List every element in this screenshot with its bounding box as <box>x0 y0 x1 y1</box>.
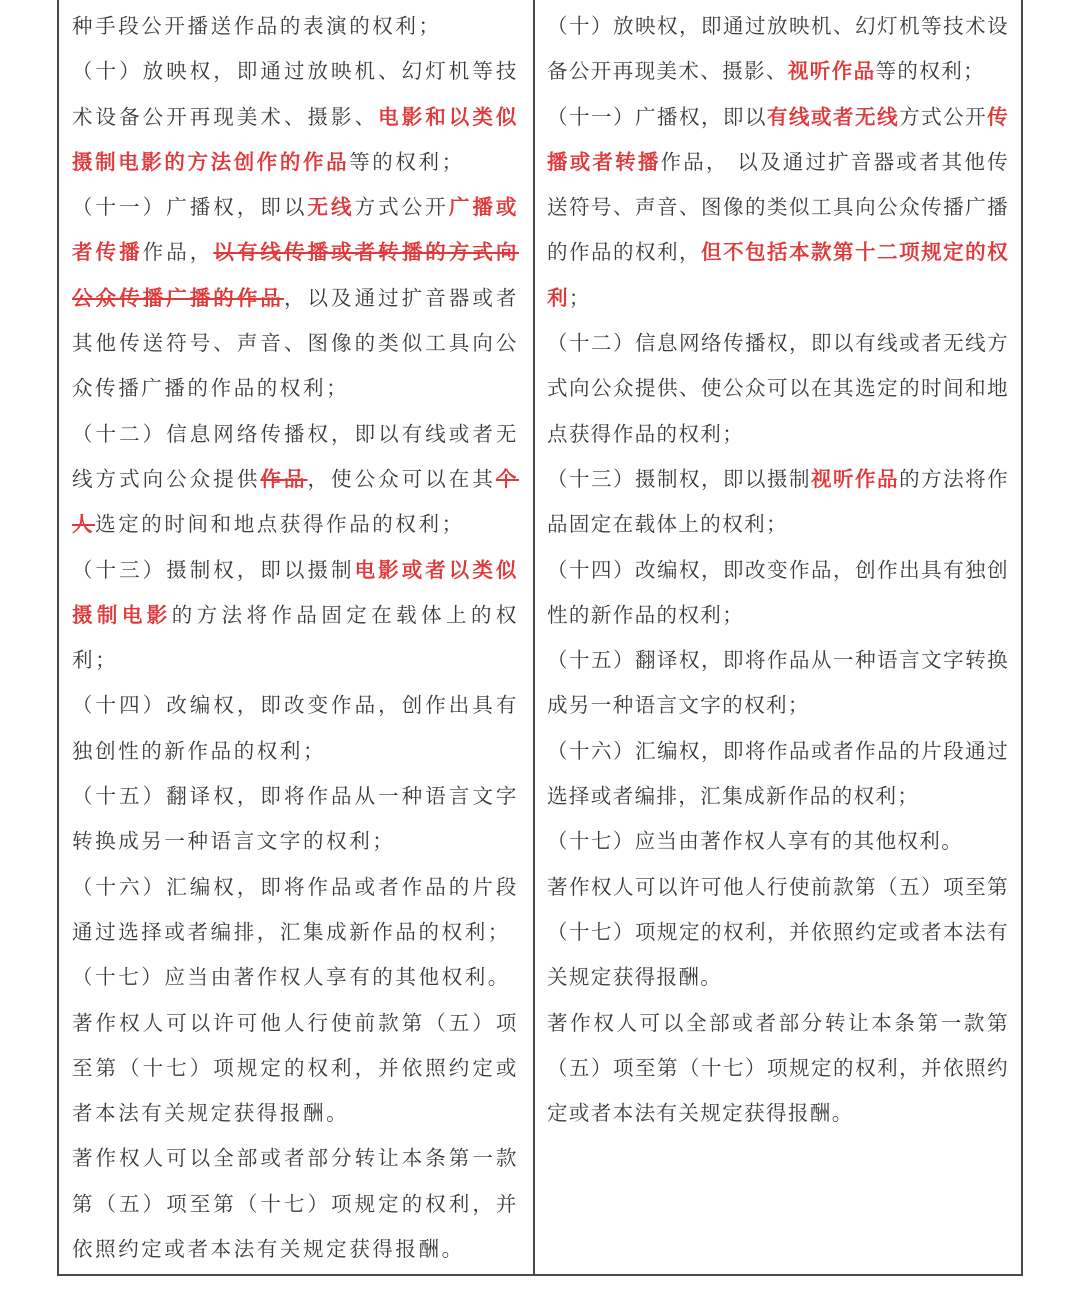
clause-text: （十一）广播权，即以 <box>547 105 767 129</box>
clause-text: 作品， <box>143 240 214 264</box>
comparison-table: 种手段公开播送作品的表演的权利；（十）放映权，即通过放映机、幻灯机等技术设备公开… <box>57 0 1023 1276</box>
clause-paragraph: （十六）汇编权，即将作品或者作品的片段通过选择或者编排，汇集成新作品的权利； <box>72 865 519 956</box>
new-version-column: （十）放映权，即通过放映机、幻灯机等技术设备公开再现美术、摄影、视听作品等的权利… <box>535 0 1021 1274</box>
clause-text: （十一）广播权，即以 <box>72 195 308 219</box>
clause-paragraph: （十）放映权，即通过放映机、幻灯机等技术设备公开再现美术、摄影、视听作品等的权利… <box>547 4 1009 95</box>
clause-paragraph: （十三）摄制权，即以摄制电影或者以类似摄制电影的方法将作品固定在载体上的权利； <box>72 548 519 684</box>
clause-paragraph: （十三）摄制权，即以摄制视听作品的方法将作品固定在载体上的权利； <box>547 457 1009 548</box>
highlighted-change-text: 视听作品 <box>811 467 899 491</box>
clause-text: （十五）翻译权，即将作品从一种语言文字转换成另一种语言文字的权利； <box>547 648 1009 717</box>
clause-text: 著作权人可以许可他人行使前款第（五）项至第（十七）项规定的权利，并依照约定或者本… <box>547 875 1009 990</box>
clause-paragraph: （十五）翻译权，即将作品从一种语言文字转换成另一种语言文字的权利； <box>72 774 519 865</box>
clause-paragraph: （十七）应当由著作权人享有的其他权利。 <box>547 819 1009 864</box>
highlighted-change-text: 有线或者无线 <box>767 105 899 129</box>
clause-paragraph: 著作权人可以全部或者部分转让本条第一款第（五）项至第（十七）项规定的权利，并依照… <box>72 1136 519 1272</box>
clause-paragraph: （十二）信息网络传播权，即以有线或者无线方式向公众提供、使公众可以在其选定的时间… <box>547 321 1009 457</box>
clause-text: ，使公众可以在其 <box>308 467 496 491</box>
clause-paragraph: （十四）改编权，即改变作品，创作出具有独创性的新作品的权利； <box>72 683 519 774</box>
clause-paragraph: （十一）广播权，即以无线方式公开广播或者传播作品，以有线传播或者转播的方式向公众… <box>72 185 519 411</box>
clause-text: 著作权人可以全部或者部分转让本条第一款第（五）项至第（十七）项规定的权利，并依照… <box>547 1011 1009 1126</box>
clause-paragraph: （十六）汇编权，即将作品或者作品的片段通过选择或者编排，汇集成新作品的权利； <box>547 729 1009 820</box>
clause-paragraph: 著作权人可以全部或者部分转让本条第一款第（五）项至第（十七）项规定的权利，并依照… <box>547 1001 1009 1137</box>
clause-text: 选定的时间和地点获得作品的权利； <box>95 512 465 536</box>
clause-paragraph: （十七）应当由著作权人享有的其他权利。 <box>72 955 519 1000</box>
clause-text: （十四）改编权，即改变作品，创作出具有独创性的新作品的权利； <box>72 693 519 762</box>
clause-text: （十六）汇编权，即将作品或者作品的片段通过选择或者编排，汇集成新作品的权利； <box>547 739 1009 808</box>
clause-text: （十二）信息网络传播权，即以有线或者无线方式向公众提供、使公众可以在其选定的时间… <box>547 331 1009 446</box>
clause-text: 等的权利； <box>349 150 465 174</box>
clause-text: 种手段公开播送作品的表演的权利； <box>72 14 442 38</box>
clause-paragraph: 著作权人可以许可他人行使前款第（五）项至第（十七）项规定的权利，并依照约定或者本… <box>72 1001 519 1137</box>
clause-paragraph: 种手段公开播送作品的表演的权利； <box>72 4 519 49</box>
deleted-text: 作品 <box>260 467 307 491</box>
clause-paragraph: （十一）广播权，即以有线或者无线方式公开传播或者转播作品， 以及通过扩音器或者其… <box>547 95 1009 321</box>
clause-paragraph: （十四）改编权，即改变作品，创作出具有独创性的新作品的权利； <box>547 548 1009 639</box>
highlighted-change-text: 视听作品 <box>788 59 876 83</box>
old-version-column: 种手段公开播送作品的表演的权利；（十）放映权，即通过放映机、幻灯机等技术设备公开… <box>59 0 535 1274</box>
clause-text: （十五）翻译权，即将作品从一种语言文字转换成另一种语言文字的权利； <box>72 784 519 853</box>
clause-text: （十七）应当由著作权人享有的其他权利。 <box>72 965 511 989</box>
clause-text: 著作权人可以许可他人行使前款第（五）项至第（十七）项规定的权利，并依照约定或者本… <box>72 1011 519 1126</box>
clause-paragraph: （十五）翻译权，即将作品从一种语言文字转换成另一种语言文字的权利； <box>547 638 1009 729</box>
clause-text: （十七）应当由著作权人享有的其他权利。 <box>547 829 963 853</box>
clause-text: 著作权人可以全部或者部分转让本条第一款第（五）项至第（十七）项规定的权利，并依照… <box>72 1146 519 1261</box>
clause-paragraph: 著作权人可以许可他人行使前款第（五）项至第（十七）项规定的权利，并依照约定或者本… <box>547 865 1009 1001</box>
clause-text: （十三）摄制权，即以摄制 <box>72 558 355 582</box>
clause-text: 方式公开 <box>899 105 987 129</box>
clause-text: ； <box>569 286 591 310</box>
clause-paragraph: （十二）信息网络传播权，即以有线或者无线方式向公众提供作品，使公众可以在其个人选… <box>72 412 519 548</box>
clause-text: （十四）改编权，即改变作品，创作出具有独创性的新作品的权利； <box>547 558 1009 627</box>
clause-text: （十三）摄制权，即以摄制 <box>547 467 811 491</box>
clause-text: 方式公开 <box>355 195 449 219</box>
clause-text: 等的权利； <box>876 59 986 83</box>
clause-paragraph: （十）放映权，即通过放映机、幻灯机等技术设备公开再现美术、摄影、电影和以类似摄制… <box>72 49 519 185</box>
highlighted-change-text: 无线 <box>308 195 355 219</box>
clause-text: （十六）汇编权，即将作品或者作品的片段通过选择或者编排，汇集成新作品的权利； <box>72 875 519 944</box>
